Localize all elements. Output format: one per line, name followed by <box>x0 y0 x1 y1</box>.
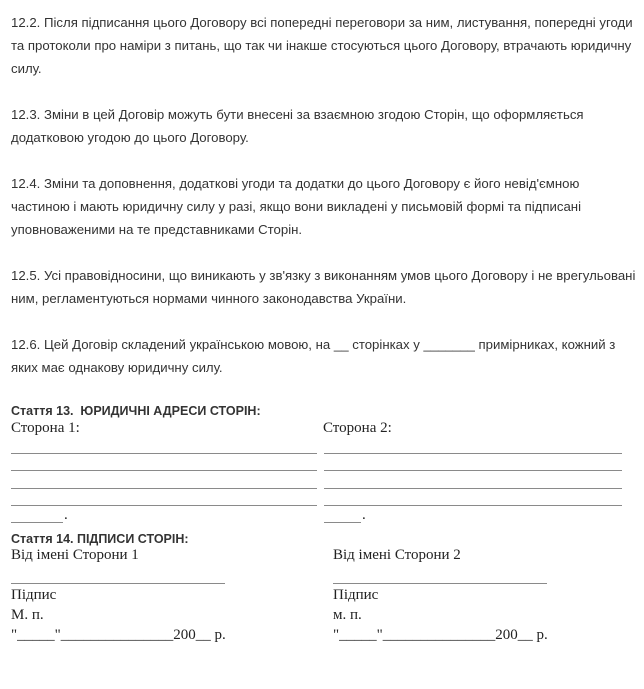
party1-on-behalf: Від імені Сторони 1 <box>11 547 139 564</box>
article-13-heading: Стаття 13. ЮРИДИЧНІ АДРЕСИ СТОРІН: <box>11 404 261 418</box>
party1-address-end-dot: . <box>64 507 68 524</box>
party2-date-line: "_____"_______________200__ р. <box>333 627 548 644</box>
party2-address-label: Сторона 2: <box>323 420 392 437</box>
party2-address-line <box>324 505 622 506</box>
clause-12-4: 12.4. Зміни та доповнення, додаткові уго… <box>11 172 636 241</box>
article-14-heading: Стаття 14. ПІДПИСИ СТОРІН: <box>11 532 189 546</box>
party2-signature-line <box>333 583 547 584</box>
party1-address-label: Сторона 1: <box>11 420 80 437</box>
party2-address-line-short <box>324 522 361 523</box>
party1-address-line <box>11 505 317 506</box>
party2-signature-label: Підпис <box>333 587 378 604</box>
clause-12-2: 12.2. Після підписання цього Договору вс… <box>11 11 636 80</box>
party1-date-line: "_____"_______________200__ р. <box>11 627 226 644</box>
party2-seal-label: м. п. <box>333 607 362 624</box>
party1-address-line-short <box>11 522 63 523</box>
party2-on-behalf: Від імені Сторони 2 <box>333 547 461 564</box>
party2-address-line <box>324 470 622 471</box>
party1-signature-line <box>11 583 225 584</box>
party2-address-line <box>324 488 622 489</box>
clause-12-6: 12.6. Цей Договір складений українською … <box>11 333 636 379</box>
party1-address-line <box>11 488 317 489</box>
clause-12-3: 12.3. Зміни в цей Договір можуть бути вн… <box>11 103 636 149</box>
party2-address-end-dot: . <box>362 507 366 524</box>
party1-seal-label: М. п. <box>11 607 44 624</box>
clause-12-5: 12.5. Усі правовідносини, що виникають у… <box>11 264 636 310</box>
party1-signature-label: Підпис <box>11 587 56 604</box>
party1-address-line <box>11 453 317 454</box>
party2-address-line <box>324 453 622 454</box>
party1-address-line <box>11 470 317 471</box>
